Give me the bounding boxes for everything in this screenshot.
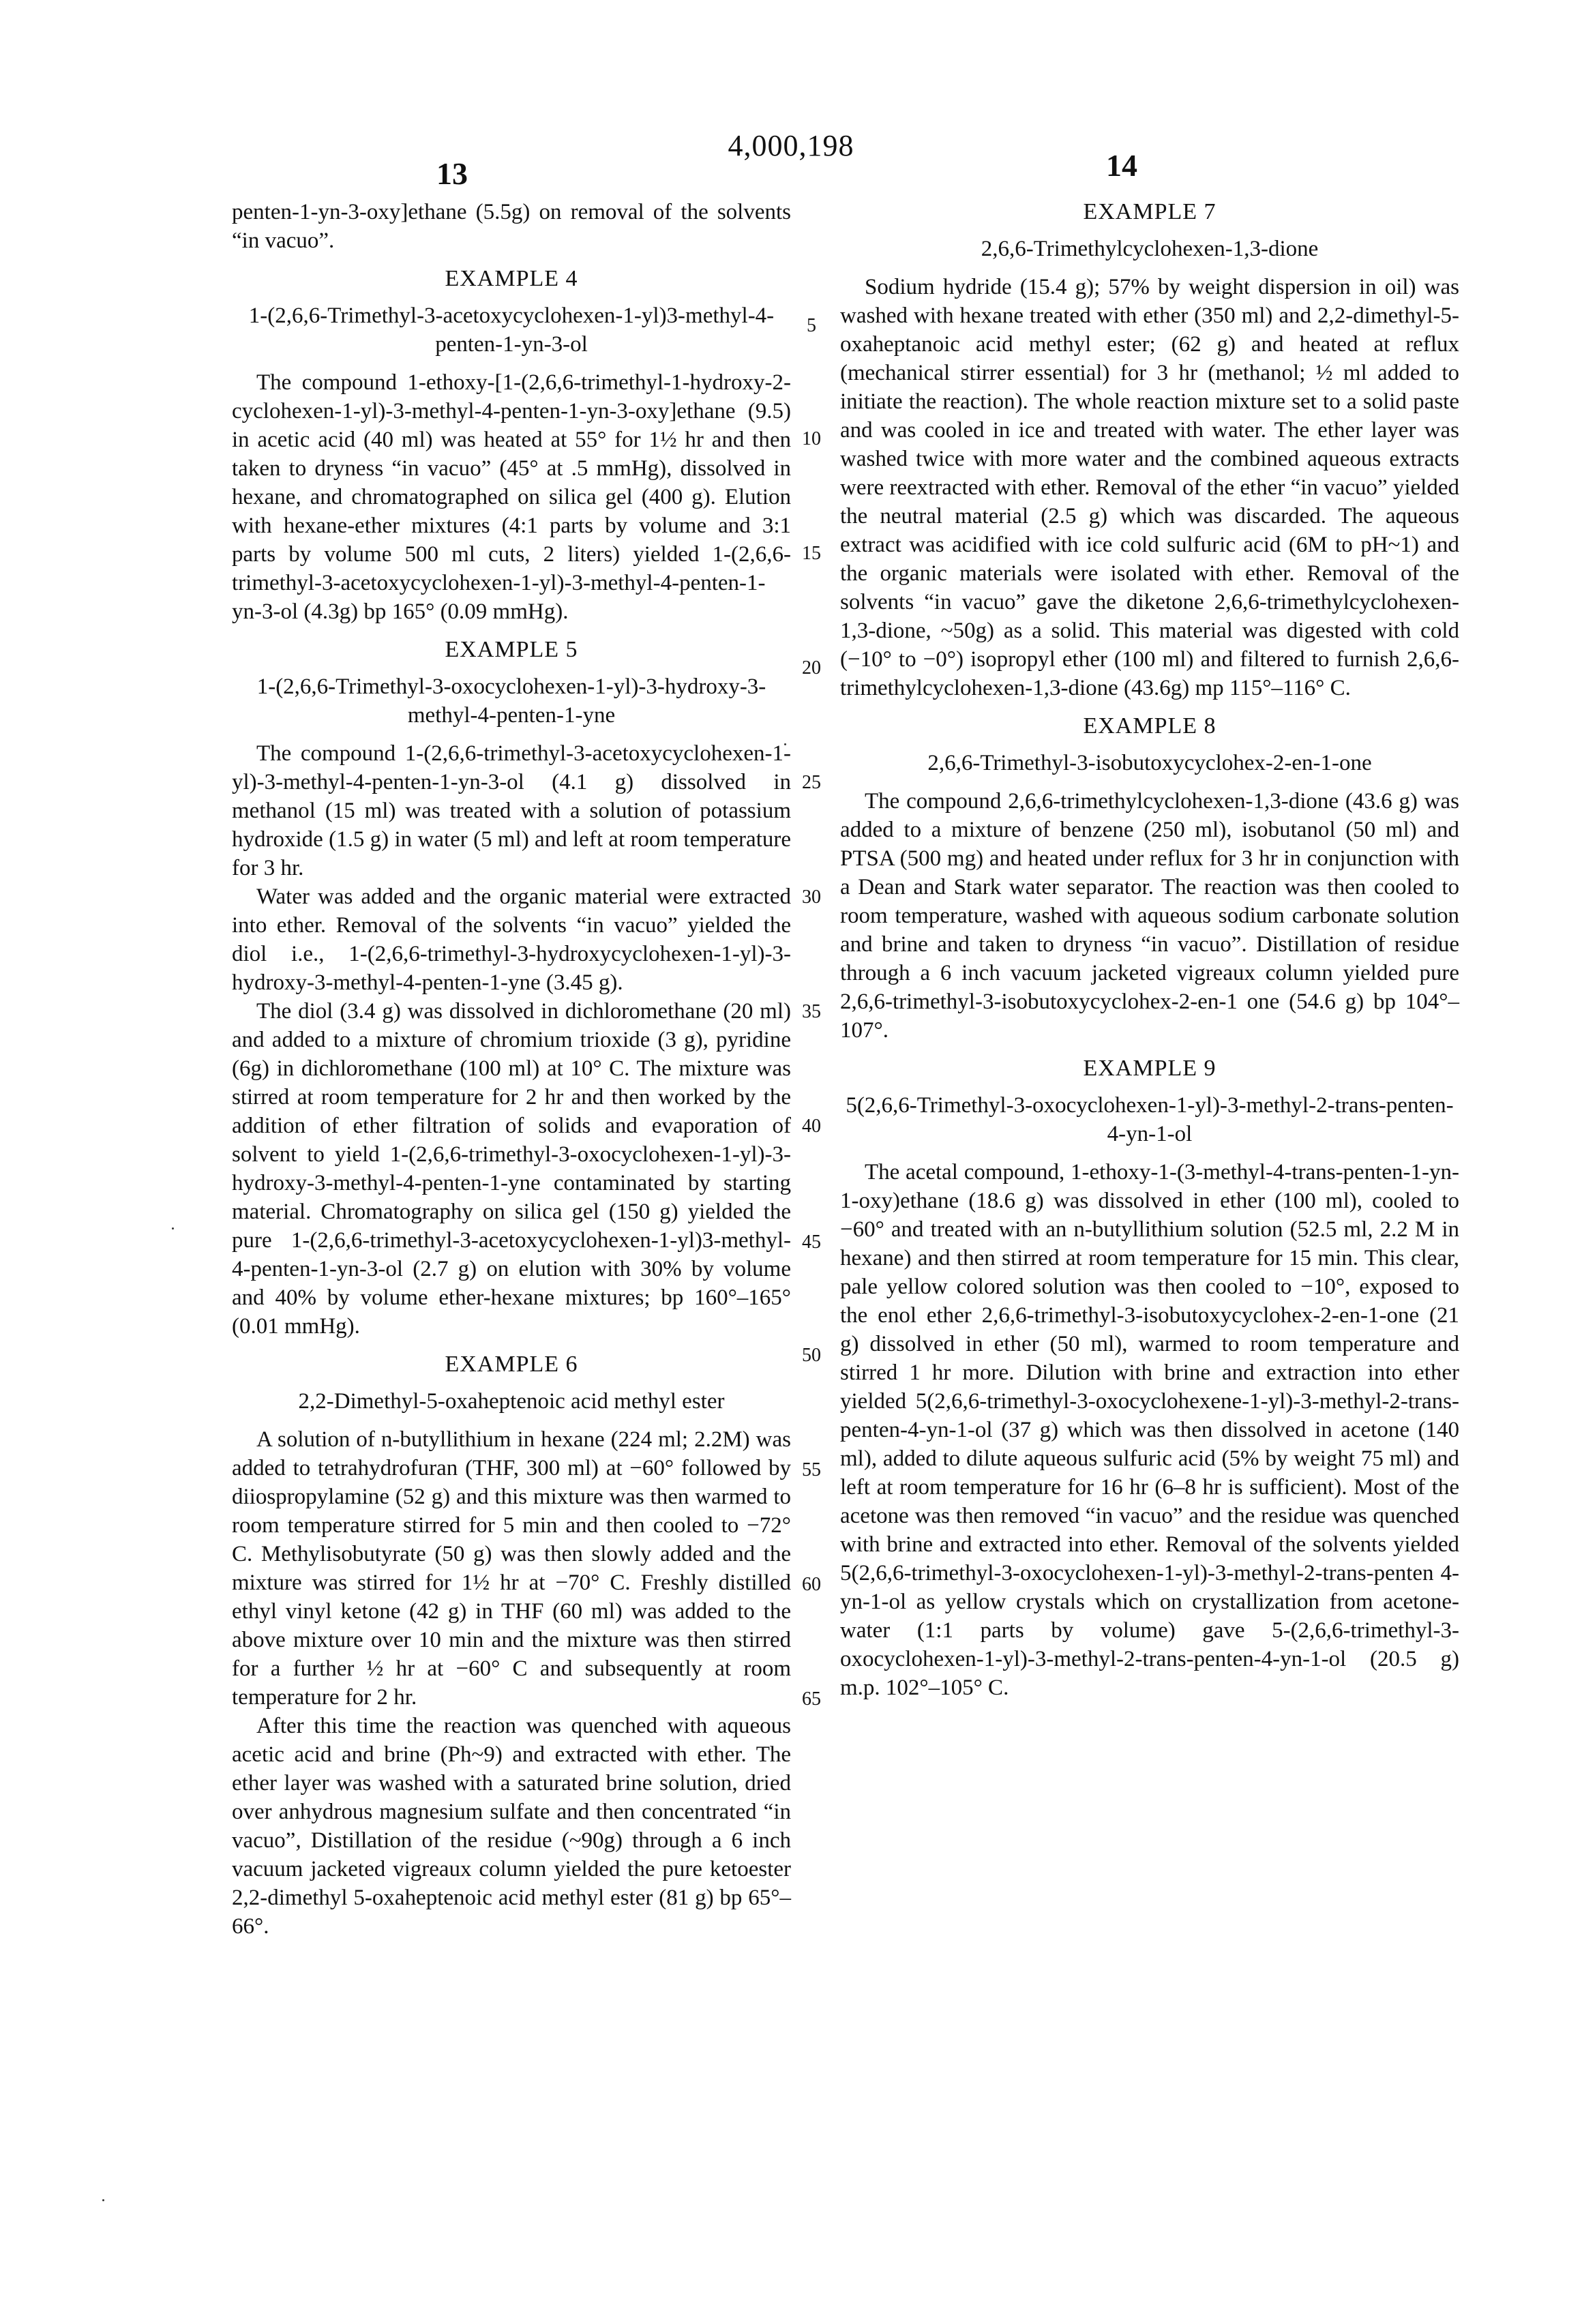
line-number: 60 [798, 1574, 825, 1596]
compound-title: 2,6,6-Trimethyl-3-isobutoxycyclohex-2-en… [840, 749, 1459, 777]
scan-speck [172, 1227, 174, 1230]
left-column-number: 13 [436, 155, 468, 192]
right-column-number: 14 [1106, 147, 1137, 183]
line-number: 35 [798, 1001, 825, 1023]
paragraph: The diol (3.4 g) was dissolved in dichlo… [232, 997, 791, 1341]
line-number: 50 [798, 1345, 825, 1367]
line-number: 40 [798, 1116, 825, 1137]
line-number: 55 [798, 1459, 825, 1481]
example-5: EXAMPLE 5 1-(2,6,6-Trimethyl-3-oxocycloh… [232, 636, 791, 1341]
compound-title: 2,6,6-Trimethylcyclohexen-1,3-dione [840, 235, 1459, 263]
paragraph: The acetal compound, 1-ethoxy-1-(3-methy… [840, 1158, 1459, 1702]
compound-title: 5(2,6,6-Trimethyl-3-oxocyclohexen-1-yl)-… [840, 1091, 1459, 1148]
example-8: EXAMPLE 8 2,6,6-Trimethyl-3-isobutoxycyc… [840, 712, 1459, 1045]
scan-speck [102, 2199, 104, 2201]
line-number: 30 [798, 887, 825, 908]
compound-title: 1-(2,6,6-Trimethyl-3-oxocyclohexen-1-yl)… [232, 672, 791, 730]
paragraph: The compound 1-ethoxy-[1-(2,6,6-trimethy… [232, 368, 791, 626]
continuation-paragraph: penten-1-yn-3-oxy]ethane (5.5g) on remov… [232, 198, 791, 255]
line-number: 65 [798, 1688, 825, 1710]
paragraph: The compound 2,6,6-trimethylcyclohexen-1… [840, 787, 1459, 1045]
compound-title: 2,2-Dimethyl-5-oxaheptenoic acid methyl … [232, 1387, 791, 1416]
patent-number: 4,000,198 [0, 128, 1582, 163]
example-heading: EXAMPLE 4 [232, 265, 791, 293]
compound-title: 1-(2,6,6-Trimethyl-3-acetoxycyclohexen-1… [232, 301, 791, 359]
example-heading: EXAMPLE 9 [840, 1054, 1459, 1083]
example-heading: EXAMPLE 8 [840, 712, 1459, 741]
example-heading: EXAMPLE 7 [840, 198, 1459, 226]
paragraph: After this time the reaction was quenche… [232, 1712, 791, 1941]
example-4: EXAMPLE 4 1-(2,6,6-Trimethyl-3-acetoxycy… [232, 265, 791, 626]
example-heading: EXAMPLE 5 [232, 636, 791, 664]
example-7: EXAMPLE 7 2,6,6-Trimethylcyclohexen-1,3-… [840, 198, 1459, 702]
paragraph: Sodium hydride (15.4 g); 57% by weight d… [840, 273, 1459, 702]
line-number: 45 [798, 1232, 825, 1253]
example-heading: EXAMPLE 6 [232, 1350, 791, 1379]
left-column: penten-1-yn-3-oxy]ethane (5.5g) on remov… [232, 198, 791, 1941]
paragraph: The compound 1-(2,6,6-trimethyl-3-acetox… [232, 739, 791, 882]
scan-speck [784, 743, 786, 745]
example-9: EXAMPLE 9 5(2,6,6-Trimethyl-3-oxocyclohe… [840, 1054, 1459, 1702]
example-6: EXAMPLE 6 2,2-Dimethyl-5-oxaheptenoic ac… [232, 1350, 791, 1941]
line-number: 20 [798, 657, 825, 679]
line-number: 10 [798, 428, 825, 450]
paragraph: Water was added and the organic material… [232, 882, 791, 997]
line-number: 25 [798, 772, 825, 794]
paragraph: A solution of n-butyllithium in hexane (… [232, 1425, 791, 1712]
line-number: 5 [798, 315, 825, 337]
line-number: 15 [798, 543, 825, 565]
right-column: EXAMPLE 7 2,6,6-Trimethylcyclohexen-1,3-… [840, 198, 1459, 1702]
